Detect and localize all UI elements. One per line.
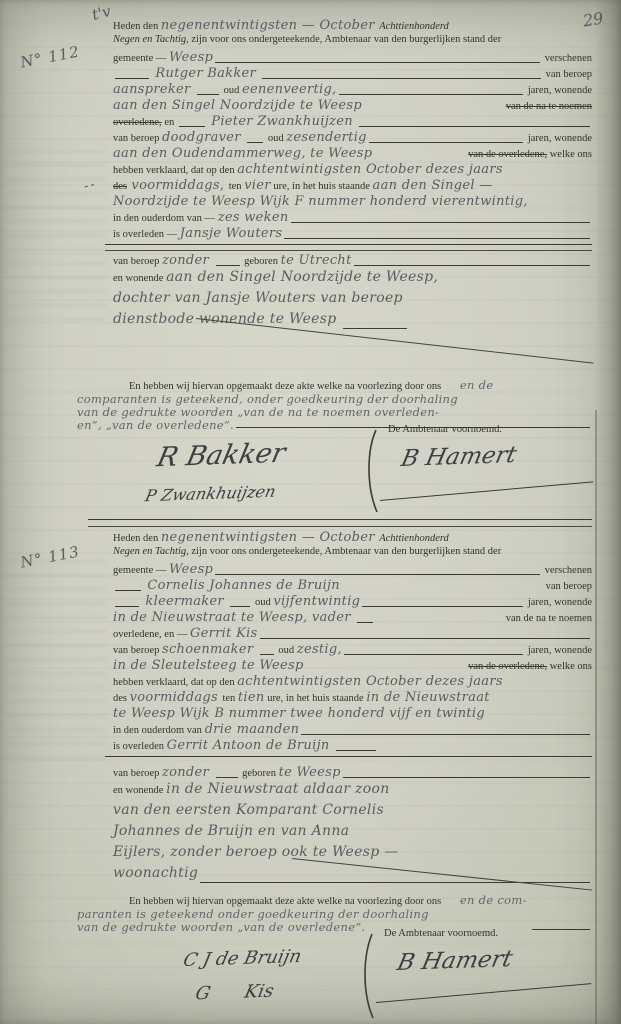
printed-text: van beroep [546, 581, 592, 592]
handwritten-text: dienstbode wonende te Weesp [113, 311, 341, 327]
record-line: overledene, en — Gerrit Kis [113, 626, 592, 642]
printed-text: gemeente — [113, 53, 169, 64]
ink-fill-line [359, 126, 590, 127]
handwritten-text: aan den Oudendammerweg, te Weesp [113, 146, 377, 161]
record-line: aan den Singel Noordzijde te Weesp van d… [113, 98, 592, 114]
ink-fill-line [344, 654, 523, 655]
printed-text: is overleden [113, 741, 167, 752]
handwritten-text: en de com- [444, 893, 527, 907]
printed-text: en [162, 117, 177, 128]
handwritten-text: Cornelis Johannes de Bruijn [143, 578, 344, 593]
record-line: in de Nieuwstraat te Weesp, vader van de… [113, 610, 592, 626]
handwritten-text: vijfentwintig [273, 594, 360, 609]
handwritten-text: comparanten is geteekend, onder goedkeur… [77, 392, 458, 406]
handwritten-text: zesendertig [286, 130, 367, 145]
ink-dash-line [532, 929, 590, 930]
handwritten-text: en”, „van de overledene”. [77, 418, 234, 432]
official-title-label: De Ambtenaar voornoemd. [388, 424, 502, 435]
ink-fill-line [362, 606, 523, 607]
record-line: en wonende in de Nieuwstraat aldaar zoon [113, 781, 592, 802]
handwritten-text: Gerrit Kis [190, 626, 258, 641]
handwritten-text: van den eersten Komparant Cornelis [113, 802, 384, 818]
printed-text: ten [229, 181, 244, 192]
signature-declarant-debruijn: C J de Bruijn [181, 946, 303, 971]
record-line: is overleden Gerrit Antoon de Bruijn [113, 738, 592, 754]
record-line: aanspreker oud eenenveertig, jaren, wone… [113, 82, 592, 98]
printed-text: van beroep [113, 645, 162, 656]
printed-text: en wonende [113, 785, 166, 796]
printed-text: En hebben wij hiervan opgemaakt deze akt… [113, 896, 444, 907]
handwritten-text: dochter van Jansje Wouters van beroep [113, 290, 403, 306]
printed-text: van beroep [543, 69, 592, 80]
ink-fill-line [343, 777, 590, 778]
printed-text: verschenen [542, 53, 592, 64]
record-line: Negen en Tachtig, zijn voor ons onderget… [113, 546, 592, 562]
printed-text: jaren, wonende [525, 133, 592, 144]
printed-text: ten [222, 693, 237, 704]
printed-text: welke ons [547, 149, 592, 160]
printed-text: gemeente — [113, 565, 169, 576]
handwritten-text: zes weken [218, 210, 289, 225]
printed-text: geboren [242, 256, 281, 267]
horizontal-rule [105, 244, 592, 251]
printed-text: is overleden — [113, 229, 180, 240]
handwritten-text: Noordzijde te Weesp Wijk F nummer honder… [113, 194, 528, 209]
record-line: En hebben wij hiervan opgemaakt deze akt… [113, 378, 592, 392]
record-line: in den ouderdom van drie maanden [113, 722, 592, 738]
record-line: is overleden — Jansje Wouters [113, 226, 592, 242]
ink-fill-line [354, 265, 590, 266]
printed-text: oud [276, 645, 297, 656]
printed-text: jaren, wonende [525, 85, 592, 96]
record-line: van de gedrukte woorden „van de na te no… [77, 405, 592, 418]
handwritten-text: Gerrit Antoon de Bruijn [167, 738, 334, 753]
printed-text: oud [265, 133, 286, 144]
record-line: hebben verklaard, dat op den achtentwint… [113, 162, 592, 178]
signature-declarant-zwankhuijzen: P Zwankhuijzen [143, 482, 277, 505]
handwritten-text: aanspreker [113, 82, 195, 97]
handwritten-text: achtentwintigsten October dezes jaars [237, 674, 503, 689]
ink-fill-line [262, 78, 541, 79]
struck-printed-text: van de na te noemen [506, 101, 592, 112]
record-line: paranten is geteekend onder goedkeuring … [77, 907, 592, 920]
handwritten-text: Johannes de Bruijn en van Anna [113, 823, 349, 839]
record-separator-rule [88, 519, 592, 527]
handwritten-text: van de gedrukte woorden „van de overlede… [77, 920, 365, 934]
handwritten-text: Weesp [169, 562, 213, 577]
handwritten-text: Pieter Zwankhuijzen [207, 114, 357, 129]
signature-declarant-kis: G Kis [193, 981, 275, 1005]
record-line: Heden den negenentwintigsten — October A… [113, 530, 592, 546]
handwritten-text: voormiddags [130, 690, 223, 705]
record-113-text: Heden den negenentwintigsten — October A… [113, 530, 592, 933]
ink-fill-line [339, 94, 524, 95]
handwritten-text: en de [444, 378, 494, 392]
printed-text: des [113, 693, 130, 704]
printed-text: van de na te noemen [506, 613, 592, 624]
handwritten-text: kleermaker [141, 594, 228, 609]
handwritten-text: in de Nieuwstraat [366, 690, 489, 705]
handwritten-text: paranten is geteekend onder goedkeuring … [77, 907, 429, 921]
ink-dash-line [197, 94, 219, 95]
handwritten-text: woonachtig [113, 865, 198, 881]
handwritten-text: in de Sleutelsteeg te Weesp [113, 658, 308, 673]
printed-text: ure, in het huis staande [271, 181, 373, 192]
horizontal-rule [105, 756, 592, 763]
struck-printed-text: van de overledene, [468, 661, 547, 672]
signature-flourish-line [380, 481, 593, 501]
record-line: comparanten is geteekend, onder goedkeur… [77, 392, 592, 405]
signature-bracket [360, 932, 376, 1020]
ink-dash-line [179, 126, 205, 127]
record-line: van beroep schoenmaker oud zestig, jaren… [113, 642, 592, 658]
ink-dash-line [357, 622, 373, 623]
printed-text: van beroep [113, 768, 162, 779]
record-line: in de Sleutelsteeg te Weesp van de overl… [113, 658, 592, 674]
ink-fill-line [284, 238, 590, 239]
ink-dash-line [115, 78, 149, 79]
record-line: en wonende aan den Singel Noordzijde te … [113, 269, 592, 290]
signature-bracket [364, 428, 380, 514]
printed-text: van beroep [113, 256, 162, 267]
ink-dash-line [230, 606, 250, 607]
record-line: gemeente — Weesp verschenen [113, 50, 592, 66]
printed-text: ure, in het huis staande [265, 693, 367, 704]
printed-text: hebben verklaard, dat op den [113, 677, 237, 688]
ink-dash-line [247, 142, 263, 143]
printed-italic-text: Achttienhonderd [379, 533, 449, 544]
ink-fill-line [215, 62, 540, 63]
record-112-text: Heden den negenentwintigsten — October A… [113, 18, 592, 431]
printed-text: van beroep [113, 133, 162, 144]
handwritten-text: zonder [162, 765, 214, 780]
handwritten-text: Eijlers, zonder beroep ook te Weesp — [113, 844, 399, 860]
ink-dash-line [115, 606, 139, 607]
record-line: van beroep zonder geboren te Utrecht [113, 253, 592, 269]
printed-text: Heden den [113, 21, 161, 32]
handwritten-text: aan den Singel Noordzijde te Weesp [113, 98, 366, 113]
handwritten-text: voormiddags, [127, 178, 229, 193]
record-line: van beroep zonder geboren te Weesp [113, 765, 592, 781]
printed-text: en wonende [113, 273, 166, 284]
official-title-label: De Ambtenaar voornoemd. [384, 928, 498, 939]
ink-dash-line [216, 265, 240, 266]
record-line: van den eersten Komparant Cornelis [113, 802, 592, 823]
record-line: dienstbode wonende te Weesp [113, 311, 592, 332]
record-line: van de gedrukte woorden „van de overlede… [77, 920, 592, 933]
handwritten-text: Rutger Bakker [151, 66, 260, 81]
handwritten-text: vier [244, 178, 271, 193]
printed-text: welke ons [547, 661, 592, 672]
handwritten-text: achtentwintigsten October dezes jaars [237, 162, 503, 177]
record-line: in den ouderdom van — zes weken [113, 210, 592, 226]
handwritten-text: te Weesp [279, 765, 341, 780]
record-line: Cornelis Johannes de Bruijn van beroep [113, 578, 592, 594]
record-line: Johannes de Bruijn en van Anna [113, 823, 592, 844]
ink-dash-line [343, 328, 407, 329]
signature-declarant-bakker: R Bakker [154, 438, 288, 473]
handwritten-text: negenentwintigsten — October [161, 530, 379, 545]
struck-printed-text: overledene, [113, 117, 162, 128]
ink-dash-line [216, 777, 238, 778]
printed-text: oud [221, 85, 242, 96]
handwritten-text: schoenmaker [162, 642, 258, 657]
printed-italic-text: Negen en Tachtig, [113, 34, 189, 45]
printed-text: verschenen [542, 565, 592, 576]
record-line: En hebben wij hiervan opgemaakt deze akt… [113, 893, 592, 907]
handwritten-text: van de gedrukte woorden „van de na te no… [77, 405, 439, 419]
printed-text: En hebben wij hiervan opgemaakt deze akt… [113, 381, 444, 392]
ink-fill-line [291, 222, 591, 223]
record-line: Heden den negenentwintigsten — October A… [113, 18, 592, 34]
printed-italic-text: Achttienhonderd [379, 21, 449, 32]
handwritten-text: drie maanden [205, 722, 300, 737]
printed-text: zijn voor ons ondergeteekende, Ambtenaar… [189, 34, 501, 45]
ink-fill-line [369, 142, 523, 143]
handwritten-text: aan den Singel — [373, 178, 493, 193]
record-line: Eijlers, zonder beroep ook te Weesp — [113, 844, 592, 865]
handwritten-text: in de Nieuwstraat aldaar zoon [166, 781, 390, 797]
handwritten-text: in de Nieuwstraat te Weesp, vader [113, 610, 355, 625]
printed-text: jaren, wonende [525, 645, 592, 656]
record-line: Rutger Bakker van beroep [113, 66, 592, 82]
handwritten-text: Jansje Wouters [180, 226, 283, 241]
record-line: aan den Oudendammerweg, te Weesp van de … [113, 146, 592, 162]
printed-text: zijn voor ons ondergeteekende, Ambtenaar… [189, 546, 501, 557]
record-line: van beroep doodgraver oud zesendertig ja… [113, 130, 592, 146]
handwritten-text: zonder [162, 253, 214, 268]
handwritten-text: negenentwintigsten — October [161, 18, 379, 33]
printed-text: oud [252, 597, 273, 608]
struck-printed-text: van de overledene, [468, 149, 547, 160]
ink-fill-line [301, 734, 590, 735]
printed-text: in den ouderdom van — [113, 213, 218, 224]
handwritten-text: tien [238, 690, 265, 705]
handwritten-text: Weesp [169, 50, 213, 65]
death-record-113: Heden den negenentwintigsten — October A… [0, 530, 621, 933]
signature-official-hamert: B Hamert [399, 442, 519, 472]
death-register-page: 29 t'v -- N° 112 N° 113 Heden den negene… [0, 0, 621, 1024]
printed-text: geboren [240, 768, 279, 779]
ink-dash-line [260, 654, 274, 655]
printed-text: Heden den [113, 533, 161, 544]
struck-printed-text: des [113, 181, 127, 192]
signature-flourish-line [376, 983, 591, 1003]
printed-italic-text: Negen en Tachtig, [113, 546, 189, 557]
record-line: kleermaker oud vijfentwintig jaren, wone… [113, 594, 592, 610]
printed-text: jaren, wonende [525, 597, 592, 608]
record-line: hebben verklaard, dat op den achtentwint… [113, 674, 592, 690]
ink-dash-line [115, 590, 141, 591]
handwritten-text: eenenveertig, [242, 82, 337, 97]
handwritten-text: aan den Singel Noordzijde te Weesp, [166, 269, 438, 285]
record-line: Noordzijde te Weesp Wijk F nummer honder… [113, 194, 592, 210]
record-line: dochter van Jansje Wouters van beroep [113, 290, 592, 311]
ink-fill-line [260, 638, 590, 639]
printed-text: in den ouderdom van [113, 725, 205, 736]
handwritten-text: doodgraver [162, 130, 245, 145]
ink-fill-line [215, 574, 540, 575]
death-record-112: Heden den negenentwintigsten — October A… [0, 18, 621, 431]
handwritten-text: te Weesp Wijk B nummer twee honderd vijf… [113, 706, 485, 721]
record-line: des voormiddags, ten vier ure, in het hu… [113, 178, 592, 194]
record-line: gemeente — Weesp verschenen [113, 562, 592, 578]
record-line: des voormiddags ten tien ure, in het hui… [113, 690, 592, 706]
handwritten-text: zestig, [297, 642, 342, 657]
handwritten-text: te Utrecht [281, 253, 352, 268]
record-line: te Weesp Wijk B nummer twee honderd vijf… [113, 706, 592, 722]
record-line: en”, „van de overledene”. [77, 418, 592, 431]
signature-official-hamert: B Hamert [395, 946, 515, 976]
ink-dash-line [336, 750, 376, 751]
printed-text: hebben verklaard, dat op den [113, 165, 237, 176]
printed-text: overledene, en — [113, 629, 190, 640]
record-line: Negen en Tachtig, zijn voor ons onderget… [113, 34, 592, 50]
record-line: overledene, en Pieter Zwankhuijzen [113, 114, 592, 130]
